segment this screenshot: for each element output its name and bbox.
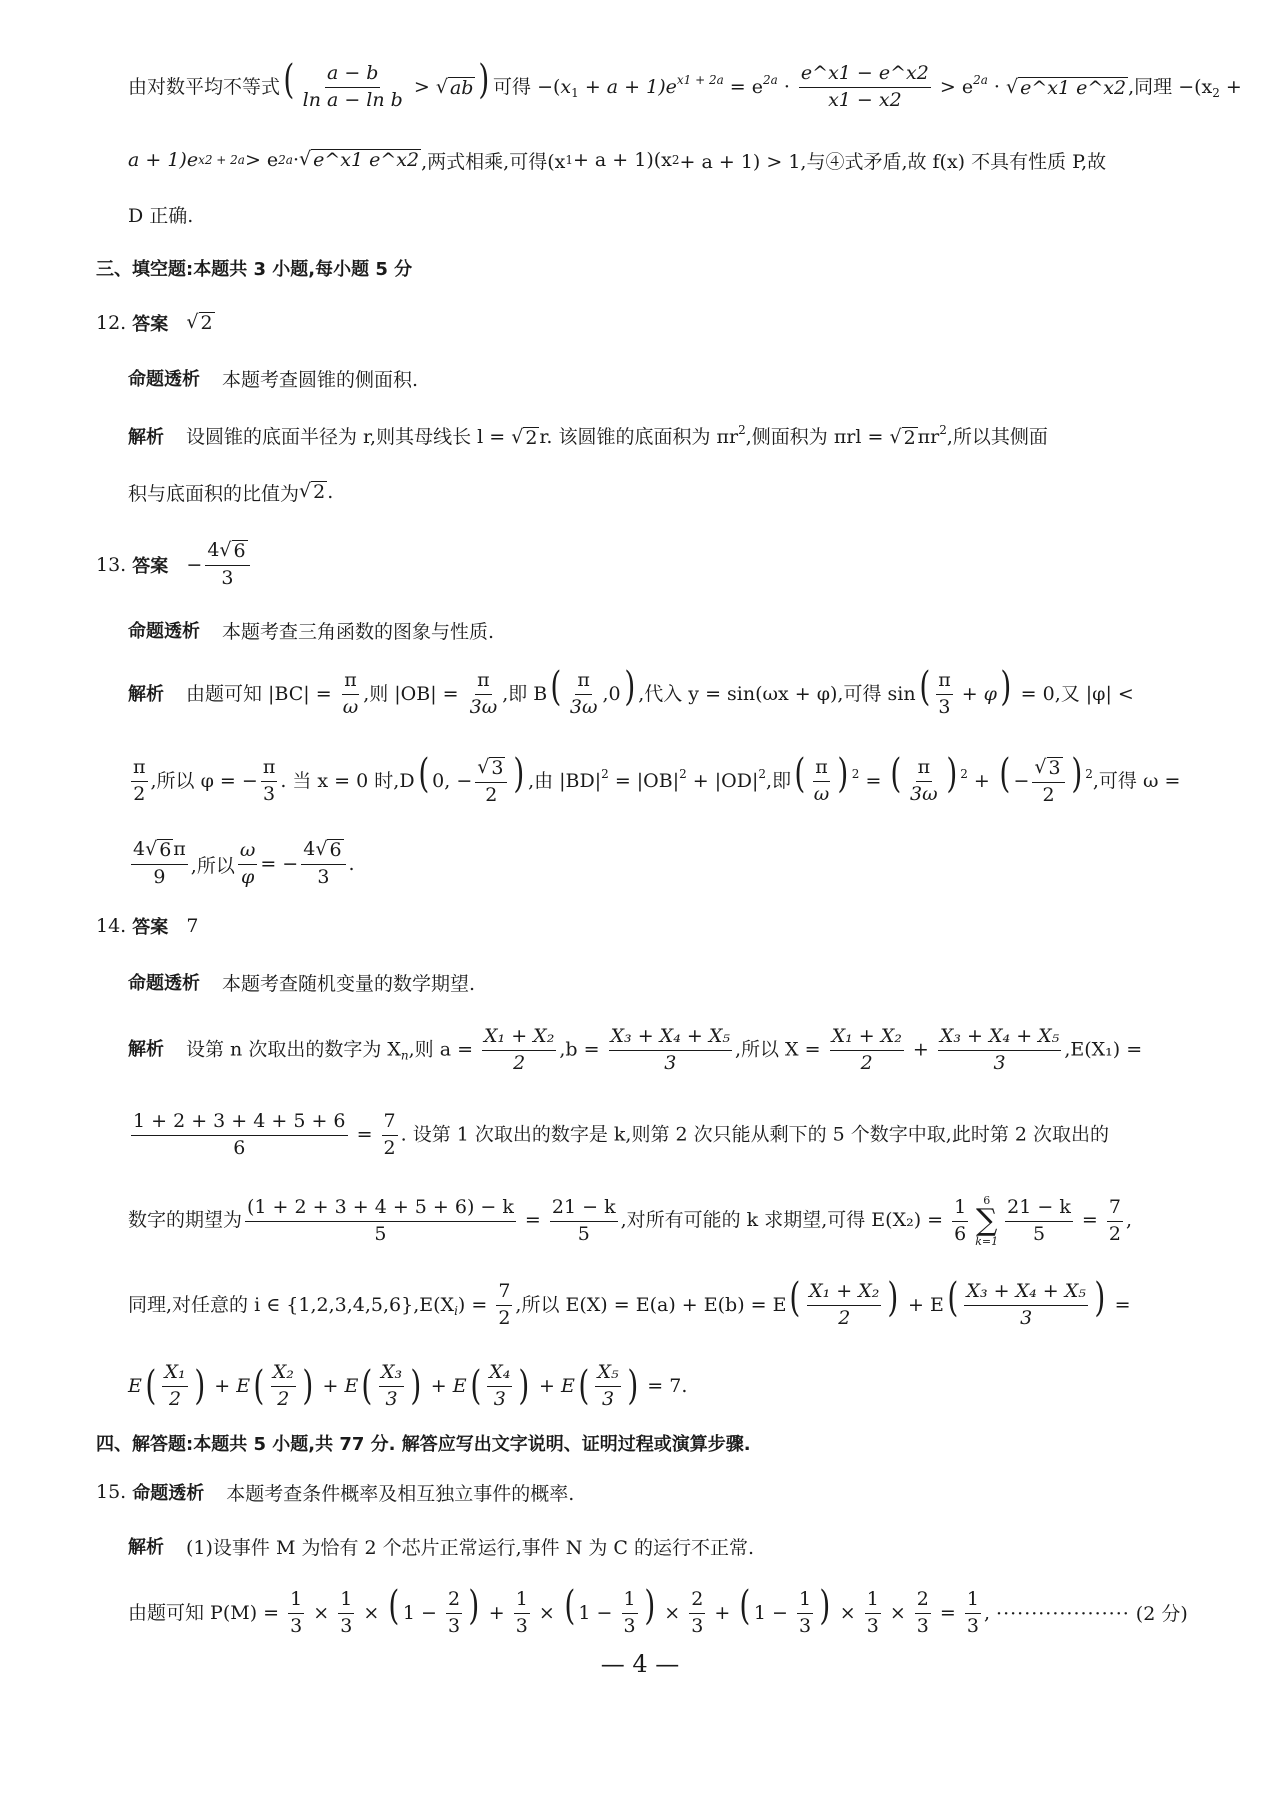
fraction: X₃ + X₄ + X₅3	[609, 1026, 732, 1075]
q13-solution-line-3: 4√6π9,所以ωφ = −4√63.	[128, 834, 1175, 894]
q14-solution-line-1: 解析设第 n 次取出的数字为 Xn,则 a = X₁ + X₂2,b = X₃ …	[128, 1020, 1175, 1080]
fraction: ωφ	[238, 840, 258, 889]
page-number: — 4 —	[0, 1650, 1280, 1678]
q14-analysis: 命题透析本题考查随机变量的数学期望.	[128, 964, 1175, 1000]
fraction: X₁ + X₂2	[482, 1026, 556, 1075]
fraction: X₁2	[162, 1362, 187, 1411]
fraction: X₃3	[379, 1362, 404, 1411]
sqrt: √ab	[436, 77, 476, 100]
sqrt: √2	[186, 312, 214, 335]
q13-solution-line-1: 解析由题可知 |BC| = πω,则 |OB| = π3ω,即 B(π3ω,0)…	[128, 663, 1175, 723]
sqrt: √e^x1 e^x2	[299, 149, 421, 172]
document-page: 由对数平均不等式(a − bln a − ln b > √ab)可得 −(x1 …	[0, 0, 1280, 1810]
fraction: 72	[1107, 1197, 1123, 1246]
fraction: 4√63	[301, 839, 345, 889]
sqrt: √2	[889, 427, 917, 450]
fraction: X₁ + X₂2	[830, 1026, 904, 1075]
fraction: π3ω	[568, 670, 600, 719]
fraction: X₅3	[595, 1362, 620, 1411]
fraction: 21 − k5	[550, 1197, 618, 1246]
q15-analysis: 15. 命题透析本题考查条件概率及相互独立事件的概率.	[96, 1474, 1175, 1510]
fraction: X₄3	[487, 1362, 512, 1411]
prev-answer-line-1: 由对数平均不等式(a − bln a − ln b > √ab)可得 −(x1 …	[128, 56, 1175, 116]
leader-dots: ···················	[996, 1603, 1130, 1625]
fraction: 16	[952, 1197, 968, 1246]
sqrt: √e^x1 e^x2	[1006, 77, 1128, 100]
score-note: (2 分)	[1136, 1603, 1188, 1625]
fraction: X₃ + X₄ + X₅3	[938, 1026, 1061, 1075]
q12-analysis: 命题透析本题考查圆锥的侧面积.	[128, 360, 1175, 396]
q14-answer: 14. 答案 7	[96, 908, 1175, 944]
fraction: e^x1 − e^x2x1 − x2	[799, 63, 931, 112]
fraction: π3	[261, 757, 278, 806]
fraction: 72	[496, 1281, 512, 1330]
section-heading-solve: 四、解答题:本题共 5 小题,共 77 分. 解答应写出文字说明、证明过程或演算…	[96, 1425, 1175, 1461]
fraction: 72	[382, 1111, 398, 1160]
fraction: a − bln a − ln b	[301, 63, 405, 112]
q13-solution-line-2: π2,所以 φ = −π3. 当 x = 0 时,D(0, −√32),由 |B…	[128, 748, 1175, 812]
q14-solution-line-5: E(X₁2) + E(X₂2) + E(X₃3) + E(X₄3) + E(X₅…	[128, 1354, 1175, 1418]
fraction: πω	[341, 670, 361, 719]
fraction: π3ω	[468, 670, 500, 719]
q12-solution-line-1: 解析设圆锥的底面半径为 r,则其母线长 l = √2r. 该圆锥的底面积为 πr…	[128, 418, 1175, 454]
q13-analysis: 命题透析本题考查三角函数的图象与性质.	[128, 612, 1175, 648]
fraction: 21 − k5	[1005, 1197, 1073, 1246]
q15-solution-line-2: 由题可知 P(M) = 13 × 13 × (1 − 23) + 13 × (1…	[128, 1580, 1175, 1644]
q14-solution-line-4: 同理,对任意的 i ∈ {1,2,3,4,5,6},E(Xi) = 72,所以 …	[128, 1272, 1175, 1336]
fraction: πω	[812, 757, 832, 806]
fraction: √32	[1032, 757, 1064, 807]
fraction: π3	[936, 670, 953, 719]
fraction: 4√63	[205, 540, 249, 590]
fraction: X₂2	[271, 1362, 296, 1411]
section-heading-fill-in: 三、填空题:本题共 3 小题,每小题 5 分	[96, 250, 1175, 286]
prev-answer-line-2: a + 1)ex2 + 2a > e2a · √e^x1 e^x2,两式相乘,可…	[128, 142, 1175, 178]
q12-solution-line-2: 积与底面积的比值为√2.	[128, 474, 1175, 510]
fraction: X₃ + X₄ + X₅3	[964, 1281, 1087, 1330]
prev-answer-line-3: D 正确.	[128, 196, 1175, 232]
summation: 6∑k=1	[975, 1195, 998, 1247]
fraction: √32	[475, 757, 507, 807]
q15-solution-line-1: 解析(1)设事件 M 为恰有 2 个芯片正常运行,事件 N 为 C 的运行不正常…	[128, 1528, 1175, 1564]
text: 由对数平均不等式	[128, 76, 280, 98]
fraction: π2	[131, 757, 148, 806]
sqrt: √2	[511, 427, 539, 450]
q12-answer: 12. 答案 √2	[96, 305, 1175, 341]
fraction: (1 + 2 + 3 + 4 + 5 + 6) − k5	[245, 1197, 516, 1246]
fraction: 1 + 2 + 3 + 4 + 5 + 66	[131, 1111, 348, 1160]
fraction: X₁ + X₂2	[807, 1281, 881, 1330]
fraction: π3ω	[908, 757, 940, 806]
q14-solution-line-2: 1 + 2 + 3 + 4 + 5 + 66 = 72. 设第 1 次取出的数字…	[128, 1105, 1175, 1165]
q13-answer: 13. 答案 −4√63	[96, 535, 1175, 595]
q14-solution-line-3: 数字的期望为(1 + 2 + 3 + 4 + 5 + 6) − k5 = 21 …	[128, 1186, 1175, 1256]
fraction: 4√6π9	[131, 839, 188, 889]
sqrt: √2	[299, 481, 327, 504]
